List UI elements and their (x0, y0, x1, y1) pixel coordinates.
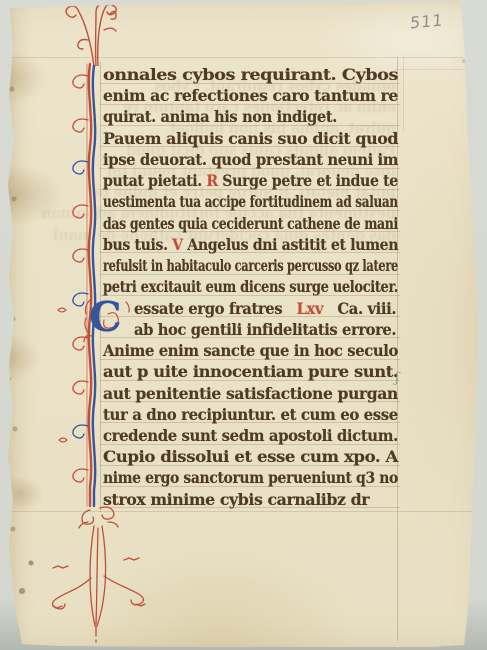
penwork-bottom-flourish-icon (44, 506, 160, 646)
text-line: quirat. anima his non indiget. (103, 107, 405, 128)
text-segment: das gentes quia ceciderunt cathene de ma… (103, 214, 398, 233)
text-block: onnales cybos requirant. Cybosenim ac re… (103, 65, 405, 511)
parchment-speckles (0, 0, 2, 2)
text-segment: essate ergo fratres (134, 299, 282, 318)
rubric-segment: Lxv (282, 299, 323, 318)
text-segment: aut penitentie satisfactione purgan (103, 384, 398, 403)
text-segment: refulsit in habitaculo carceris percusso… (103, 257, 398, 276)
text-line: ipse deuorat. quod prestant neuni im (103, 150, 405, 171)
text-line: aut penitentie satisfactione purgan (103, 384, 405, 405)
text-line: Anime enim sancte que in hoc seculo (103, 341, 405, 362)
text-line: refulsit in habitaculo carceris percusso… (103, 256, 405, 277)
text-line: strox minime cybis carnalibz dr (103, 490, 405, 511)
text-segment: enim ac refectiones caro tantum re (103, 87, 398, 106)
red-blue-penwork-bar-icon (56, 62, 104, 508)
rubric-segment: R (206, 172, 222, 191)
text-line: essate ergo fratres Lxv Ca. viii. (103, 299, 405, 320)
scan-background: onnales cybos requirant. Cybosenim ac re… (0, 0, 487, 650)
text-line: nime ergo sanctorum perueniunt q3 no (103, 468, 405, 489)
text-segment: nime ergo sanctorum perueniunt q3 no (103, 469, 398, 488)
text-segment: aut p uite innocentiam pure sunt. (103, 363, 398, 382)
text-segment: quirat. anima his non indiget. (103, 108, 337, 127)
text-segment: credende sunt sedm apostoli dictum. (103, 427, 398, 446)
rubric-segment: V (172, 236, 187, 255)
text-line: ab hoc gentili infidelitatis errore. (103, 320, 405, 341)
text-segment: uestimenta tua accipe fortitudinem ad sa… (103, 193, 398, 212)
text-line: Cupio dissolui et esse cum xpo. A (103, 447, 405, 468)
penwork-top-flourish-icon (58, 0, 118, 66)
text-segment: ab hoc gentili infidelitatis errore. (134, 320, 396, 339)
text-line: uestimenta tua accipe fortitudinem ad sa… (103, 192, 405, 213)
text-segment: tur a dno recipiuntur. et cum eo esse (103, 405, 398, 424)
text-line: das gentes quia ceciderunt cathene de ma… (103, 214, 405, 235)
text-segment: Angelus dni astitit et lumen (187, 236, 398, 255)
text-segment: onnales cybos requirant. Cybos (103, 66, 398, 85)
text-segment: Anime enim sancte que in hoc seculo (103, 342, 398, 361)
text-segment: bus tuis. (103, 236, 172, 255)
text-line: bus tuis. V Angelus dni astitit et lumen (103, 235, 405, 256)
text-segment: ipse deuorat. quod prestant neuni im (103, 151, 398, 170)
drop-cap-initial: C (82, 294, 132, 346)
text-line: enim ac refectiones caro tantum re (103, 86, 405, 107)
text-segment: Cupio dissolui et esse cum xpo. A (103, 448, 398, 467)
folio-number: 511 (410, 10, 444, 32)
text-line: aut p uite innocentiam pure sunt. (103, 362, 405, 383)
text-line: putat pietati. R Surge petre et indue te (103, 171, 405, 192)
text-line: tur a dno recipiuntur. et cum eo esse (103, 405, 405, 426)
text-segment: petri excitauit eum dicens surge uelocit… (103, 278, 398, 297)
text-line: petri excitauit eum dicens surge uelocit… (103, 277, 405, 298)
text-line: Pauem aliquis canis suo dicit quod (103, 129, 405, 150)
ruling-top-line-2 (395, 69, 466, 70)
text-segment: strox minime cybis carnalibz dr (103, 490, 369, 509)
text-segment: Pauem aliquis canis suo dicit quod (103, 129, 398, 148)
text-line: onnales cybos requirant. Cybos (103, 65, 405, 86)
text-segment: putat pietati. (103, 172, 206, 191)
manuscript-leaf: onnales cybos requirant. Cybosenim ac re… (0, 0, 487, 650)
text-line: credende sunt sedm apostoli dictum. (103, 426, 405, 447)
text-segment: Surge petre et indue te (222, 172, 398, 191)
text-segment: Ca. viii. (323, 299, 396, 318)
drop-cap-letter: C (89, 292, 122, 342)
